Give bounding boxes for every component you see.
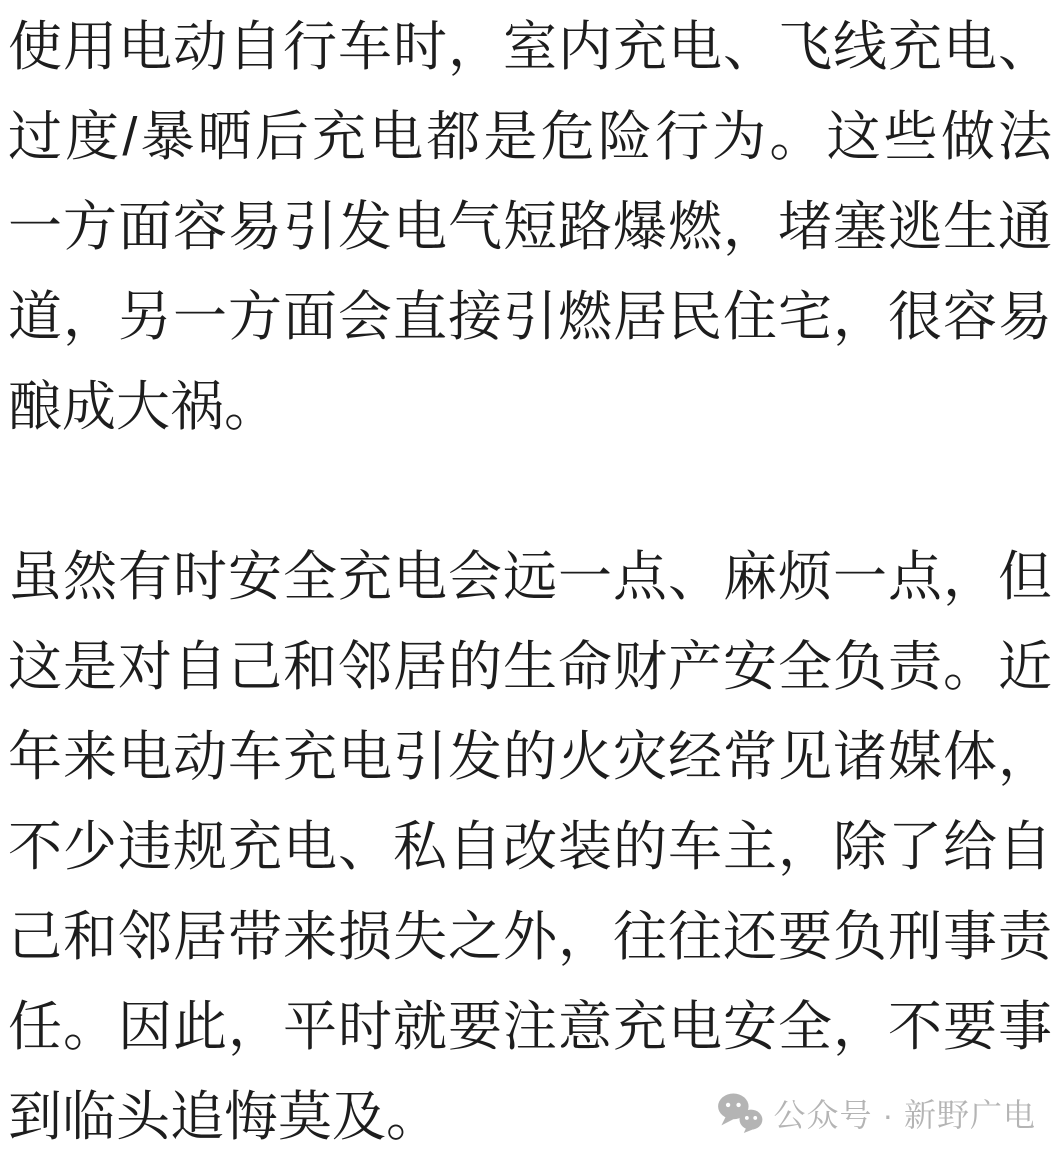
text-line: 不少违规充电、私自改装的车主，除了给自 [8,802,1052,892]
watermark-text: 公众号 · 新野广电 [774,1090,1036,1136]
text-line: 虽然有时安全充电会远一点、麻烦一点，但 [8,532,1052,622]
text-line: 酿成大祸。 [8,362,1052,452]
text-line: 年来电动车充电引发的火灾经常见诸媒体， [8,712,1052,802]
text-line: 使用电动自行车时，室内充电、飞线充电、 [8,2,1052,92]
paragraph-1: 使用电动自行车时，室内充电、飞线充电、 过度/暴晒后充电都是危险行为。这些做法 … [8,2,1052,452]
text-line: 一方面容易引发电气短路爆燃，堵塞逃生通 [8,182,1052,272]
wechat-icon [717,1093,763,1133]
article-body: 使用电动自行车时，室内充电、飞线充电、 过度/暴晒后充电都是危险行为。这些做法 … [0,0,1060,1155]
text-line: 任。因此，平时就要注意充电安全，不要事 [8,982,1052,1072]
text-line: 己和邻居带来损失之外，往往还要负刑事责 [8,892,1052,982]
text-line: 过度/暴晒后充电都是危险行为。这些做法 [8,92,1052,182]
text-line: 道，另一方面会直接引燃居民住宅，很容易 [8,272,1052,362]
text-line: 这是对自己和邻居的生命财产安全负责。近 [8,622,1052,712]
paragraph-2: 虽然有时安全充电会远一点、麻烦一点，但 这是对自己和邻居的生命财产安全负责。近 … [8,532,1052,1155]
watermark: 公众号 · 新野广电 [717,1090,1036,1136]
